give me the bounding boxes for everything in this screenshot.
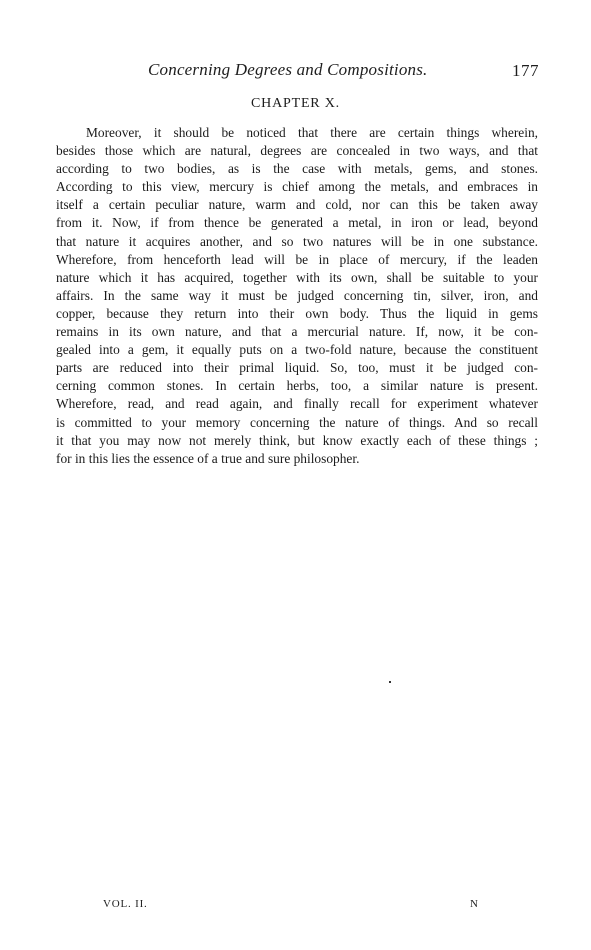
- text-line: nature which it has acquired, together w…: [56, 269, 538, 287]
- text-line: according to two bodies, as is the case …: [56, 160, 538, 178]
- text-line: is committed to your memory concerning t…: [56, 414, 538, 432]
- chapter-heading: CHAPTER X.: [0, 96, 591, 112]
- page-footer: VOL. II. N: [0, 898, 591, 918]
- text-line: remains in its own nature, and that a me…: [56, 323, 538, 341]
- text-line: Wherefore, from henceforth lead will be …: [56, 251, 538, 269]
- text-line: affairs. In the same way it must be judg…: [56, 287, 538, 305]
- text-line: Moreover, it should be noticed that ther…: [56, 124, 538, 142]
- signature-mark: N: [470, 898, 478, 910]
- text-line: According to this view, mercury is chief…: [56, 178, 538, 196]
- text-line: it that you may now not merely think, bu…: [56, 432, 538, 450]
- text-line: itself a certain peculiar nature, warm a…: [56, 196, 538, 214]
- text-line: gealed into a gem, it equally puts on a …: [56, 341, 538, 359]
- running-head-title: Concerning Degrees and Compositions.: [148, 60, 448, 80]
- scan-speck: [389, 681, 391, 683]
- running-head: Concerning Degrees and Compositions. 177: [0, 60, 591, 84]
- book-page: Concerning Degrees and Compositions. 177…: [0, 0, 591, 950]
- text-line: cerning common stones. In certain herbs,…: [56, 377, 538, 395]
- text-line: parts are reduced into their primal liqu…: [56, 359, 538, 377]
- text-line: besides those which are natural, degrees…: [56, 142, 538, 160]
- text-line: from it. Now, if from thence be generate…: [56, 214, 538, 232]
- page-number: 177: [512, 61, 539, 81]
- text-line: that nature it acquires another, and so …: [56, 233, 538, 251]
- text-line: copper, because they return into their o…: [56, 305, 538, 323]
- text-line: Wherefore, read, and read again, and fin…: [56, 395, 538, 413]
- text-line: for in this lies the essence of a true a…: [56, 450, 538, 468]
- body-paragraph: Moreover, it should be noticed that ther…: [56, 124, 538, 468]
- volume-label: VOL. II.: [103, 898, 148, 910]
